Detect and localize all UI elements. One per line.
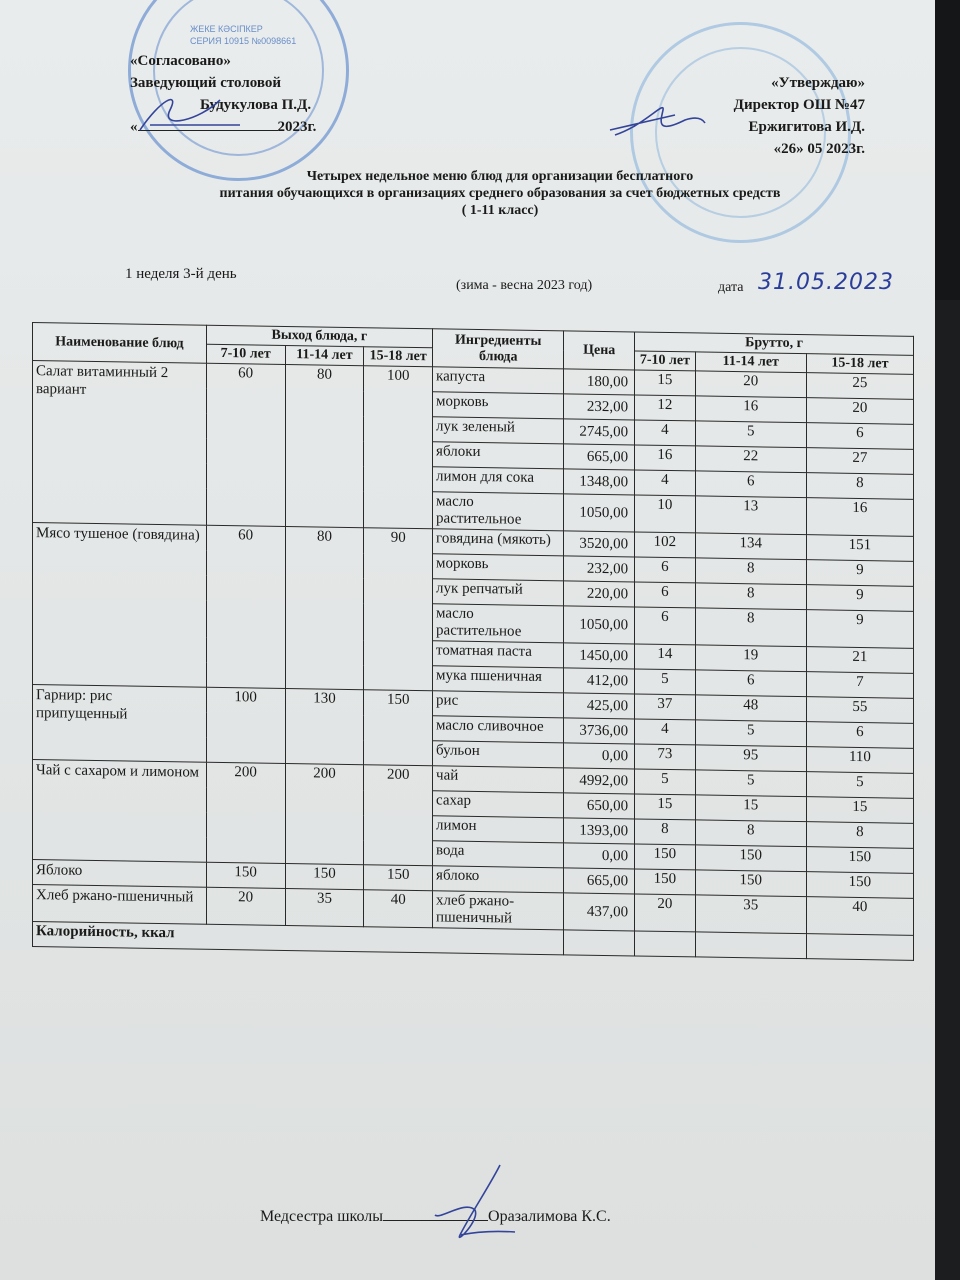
ingredient-price: 0,00 xyxy=(564,843,635,869)
dish-name: Яблоко xyxy=(33,860,207,888)
ingredient-gross: 110 xyxy=(806,747,913,774)
header-ingredients: Ингредиенты блюда xyxy=(433,329,564,369)
ingredient-name: бульон xyxy=(433,741,564,768)
ingredient-gross: 150 xyxy=(695,845,806,872)
ingredient-gross: 15 xyxy=(635,370,696,396)
ingredient-gross: 16 xyxy=(635,445,696,471)
ingredient-name: хлеб ржано-пшеничный xyxy=(433,891,564,930)
calories-age-11-14 xyxy=(695,932,806,959)
nurse-label: Медсестра школы xyxy=(260,1208,383,1225)
date-handwritten: 31.05.2023 xyxy=(758,270,894,295)
dish-yield: 35 xyxy=(285,888,364,926)
ingredient-name: яблоко xyxy=(433,866,564,893)
ingredient-gross: 8 xyxy=(695,820,806,847)
dish-yield: 150 xyxy=(285,863,364,889)
ingredient-gross: 20 xyxy=(635,894,696,932)
ingredient-gross: 6 xyxy=(635,557,696,583)
ingredient-gross: 8 xyxy=(635,819,696,845)
ingredient-gross: 150 xyxy=(806,872,913,899)
ingredient-gross: 134 xyxy=(695,533,806,560)
ingredient-price: 232,00 xyxy=(564,556,635,582)
document-title: Четырех недельное меню блюд для организа… xyxy=(130,168,870,219)
ingredient-name: томатная паста xyxy=(433,641,564,668)
signature-right xyxy=(605,95,715,140)
ingredient-price: 3520,00 xyxy=(564,531,635,557)
ingredient-price: 1450,00 xyxy=(564,643,635,669)
ingredient-gross: 20 xyxy=(695,371,806,398)
dish-name: Салат витаминный 2 вариант xyxy=(33,361,207,526)
ingredient-name: лук зеленый xyxy=(433,417,564,444)
ingredient-gross: 48 xyxy=(695,695,806,722)
ingredient-gross: 16 xyxy=(695,396,806,423)
ingredient-gross: 13 xyxy=(695,496,806,535)
ingredient-gross: 8 xyxy=(695,608,806,647)
ingredient-gross: 37 xyxy=(635,694,696,720)
ingredient-gross: 5 xyxy=(635,669,696,695)
dish-name: Мясо тушеное (говядина) xyxy=(33,523,207,688)
header-gross-age-11-14: 11-14 лет xyxy=(695,352,806,373)
week-day: 1 неделя 3-й день xyxy=(125,266,237,283)
dish-yield: 60 xyxy=(206,363,285,526)
ingredient-gross: 4 xyxy=(635,420,696,446)
ingredient-name: лимон xyxy=(433,816,564,843)
dish-yield: 80 xyxy=(285,526,364,689)
ingredient-gross: 151 xyxy=(806,535,913,562)
dish-yield: 150 xyxy=(206,862,285,888)
dish-yield: 150 xyxy=(364,690,433,766)
season: (зима - весна 2023 год) xyxy=(456,278,592,294)
ingredient-price: 1393,00 xyxy=(564,818,635,844)
ingredient-gross: 6 xyxy=(635,582,696,608)
menu-table: Наименование блюд Выход блюда, г Ингреди… xyxy=(32,322,914,961)
ingredient-name: масло растительное xyxy=(433,492,564,531)
ingredient-gross: 6 xyxy=(695,471,806,498)
approval-block-right: «Утверждаю» Директор ОШ №47 Ержигитова И… xyxy=(690,72,865,160)
ingredient-gross: 8 xyxy=(806,822,913,849)
dish-yield: 40 xyxy=(364,890,433,928)
ingredient-gross: 6 xyxy=(806,423,913,450)
date-label: дата xyxy=(718,280,743,296)
ingredient-price: 4992,00 xyxy=(564,768,635,794)
dish-yield: 200 xyxy=(206,762,285,863)
ingredient-price: 1348,00 xyxy=(564,469,635,495)
stamp-left-text: ЖЕКЕ КӘСІПКЕР СЕРИЯ 10915 №0098661 xyxy=(190,23,296,47)
ingredient-gross: 150 xyxy=(635,869,696,895)
ingredient-gross: 10 xyxy=(635,495,696,533)
dish-yield: 150 xyxy=(364,865,433,891)
ingredient-price: 425,00 xyxy=(564,693,635,719)
ingredient-gross: 8 xyxy=(806,473,913,500)
dish-yield: 20 xyxy=(206,887,285,925)
ingredient-gross: 15 xyxy=(695,795,806,822)
ingredient-name: рис xyxy=(433,691,564,718)
ingredient-gross: 6 xyxy=(806,722,913,749)
ingredient-gross: 95 xyxy=(695,745,806,772)
dish-yield: 200 xyxy=(285,763,364,864)
ingredient-name: вода xyxy=(433,841,564,868)
ingredient-gross: 20 xyxy=(806,398,913,425)
menu-table-body: Салат витаминный 2 вариант6080100капуста… xyxy=(33,361,914,936)
approval-position: Директор ОШ №47 xyxy=(690,94,865,116)
ingredient-name: чай xyxy=(433,766,564,793)
ingredient-name: масло сливочное xyxy=(433,716,564,743)
ingredient-gross: 9 xyxy=(806,585,913,612)
title-line: питания обучающихся в организациях средн… xyxy=(130,185,870,202)
dish-name: Гарнир: рис припущенный xyxy=(33,685,207,763)
date-year: 2023г. xyxy=(278,119,317,135)
dish-yield: 200 xyxy=(364,765,433,866)
ingredient-gross: 5 xyxy=(695,720,806,747)
stamp-line: СЕРИЯ 10915 №0098661 xyxy=(190,35,296,47)
ingredient-name: лук репчатый xyxy=(433,579,564,606)
ingredient-name: говядина (мякоть) xyxy=(433,529,564,556)
ingredient-name: сахар xyxy=(433,791,564,818)
ingredient-gross: 4 xyxy=(635,719,696,745)
document-page: ЖЕКЕ КӘСІПКЕР СЕРИЯ 10915 №0098661 «Согл… xyxy=(0,0,935,1280)
ingredient-gross: 9 xyxy=(806,610,913,649)
ingredient-gross: 8 xyxy=(695,583,806,610)
ingredient-gross: 15 xyxy=(635,794,696,820)
header-yield-age-7-10: 7-10 лет xyxy=(206,344,285,364)
ingredient-gross: 27 xyxy=(806,448,913,475)
ingredient-gross: 15 xyxy=(806,797,913,824)
ingredient-price: 665,00 xyxy=(564,868,635,894)
ingredient-gross: 7 xyxy=(806,672,913,699)
ingredient-gross: 5 xyxy=(695,770,806,797)
ingredient-gross: 55 xyxy=(806,697,913,724)
ingredient-gross: 5 xyxy=(695,421,806,448)
header-yield-age-11-14: 11-14 лет xyxy=(285,345,364,365)
ingredient-gross: 40 xyxy=(806,897,913,936)
ingredient-name: яблоки xyxy=(433,442,564,469)
ingredient-gross: 25 xyxy=(806,373,913,400)
calories-age-15-18 xyxy=(806,934,913,961)
title-line: Четырех недельное меню блюд для организа… xyxy=(130,168,870,185)
header-dish: Наименование блюд xyxy=(33,323,207,364)
ingredient-gross: 6 xyxy=(635,607,696,645)
ingredient-price: 180,00 xyxy=(564,369,635,395)
signature-left xyxy=(130,80,250,140)
ingredient-gross: 22 xyxy=(695,446,806,473)
dish-yield: 100 xyxy=(364,366,433,529)
approval-label: «Согласовано» xyxy=(130,50,316,72)
ingredient-price: 437,00 xyxy=(564,893,635,931)
calories-age-7-10 xyxy=(635,931,696,957)
dish-yield: 90 xyxy=(364,528,433,691)
ingredient-gross: 9 xyxy=(806,560,913,587)
ingredient-gross: 102 xyxy=(635,532,696,558)
ingredient-gross: 150 xyxy=(635,844,696,870)
ingredient-gross: 4 xyxy=(635,470,696,496)
ingredient-gross: 16 xyxy=(806,498,913,537)
ingredient-gross: 6 xyxy=(695,670,806,697)
ingredient-gross: 5 xyxy=(806,772,913,799)
ingredient-price: 650,00 xyxy=(564,793,635,819)
ingredient-gross: 150 xyxy=(695,870,806,897)
ingredient-price: 0,00 xyxy=(564,743,635,769)
approval-date: «26» 05 2023г. xyxy=(690,138,865,160)
ingredient-gross: 21 xyxy=(806,647,913,674)
stamp-line: ЖЕКЕ КӘСІПКЕР xyxy=(190,23,296,35)
dish-yield: 100 xyxy=(206,687,285,763)
approval-label: «Утверждаю» xyxy=(690,72,865,94)
ingredient-name: масло растительное xyxy=(433,604,564,643)
ingredient-price: 220,00 xyxy=(564,581,635,607)
ingredient-name: морковь xyxy=(433,392,564,419)
menu-table-wrapper: Наименование блюд Выход блюда, г Ингреди… xyxy=(32,322,914,961)
ingredient-name: мука пшеничная xyxy=(433,666,564,693)
ingredient-price: 232,00 xyxy=(564,394,635,420)
title-line: ( 1-11 класс) xyxy=(130,202,870,219)
calories-price xyxy=(564,930,635,956)
header-yield-age-15-18: 15-18 лет xyxy=(364,347,433,367)
header-gross-age-7-10: 7-10 лет xyxy=(635,351,696,371)
dish-yield: 80 xyxy=(285,364,364,527)
ingredient-gross: 35 xyxy=(695,895,806,934)
header-gross-age-15-18: 15-18 лет xyxy=(806,354,913,375)
ingredient-price: 2745,00 xyxy=(564,419,635,445)
signature-nurse xyxy=(430,1160,530,1245)
ingredient-gross: 19 xyxy=(695,645,806,672)
dish-name: Хлеб ржано-пшеничный xyxy=(33,885,207,925)
ingredient-gross: 14 xyxy=(635,644,696,670)
approval-name: Ержигитова И.Д. xyxy=(690,116,865,138)
ingredient-gross: 8 xyxy=(695,558,806,585)
header-price: Цена xyxy=(564,331,635,370)
ingredient-gross: 150 xyxy=(806,847,913,874)
ingredient-price: 412,00 xyxy=(564,668,635,694)
dish-yield: 130 xyxy=(285,688,364,764)
ingredient-name: капуста xyxy=(433,367,564,394)
ingredient-price: 1050,00 xyxy=(564,494,635,532)
ingredient-name: лимон для сока xyxy=(433,467,564,494)
ingredient-gross: 73 xyxy=(635,744,696,770)
dish-name: Чай с сахаром и лимоном xyxy=(33,760,207,863)
ingredient-price: 665,00 xyxy=(564,444,635,470)
ingredient-gross: 12 xyxy=(635,395,696,421)
ingredient-name: морковь xyxy=(433,554,564,581)
ingredient-price: 1050,00 xyxy=(564,606,635,644)
ingredient-price: 3736,00 xyxy=(564,718,635,744)
ingredient-gross: 5 xyxy=(635,769,696,795)
dish-yield: 60 xyxy=(206,525,285,688)
